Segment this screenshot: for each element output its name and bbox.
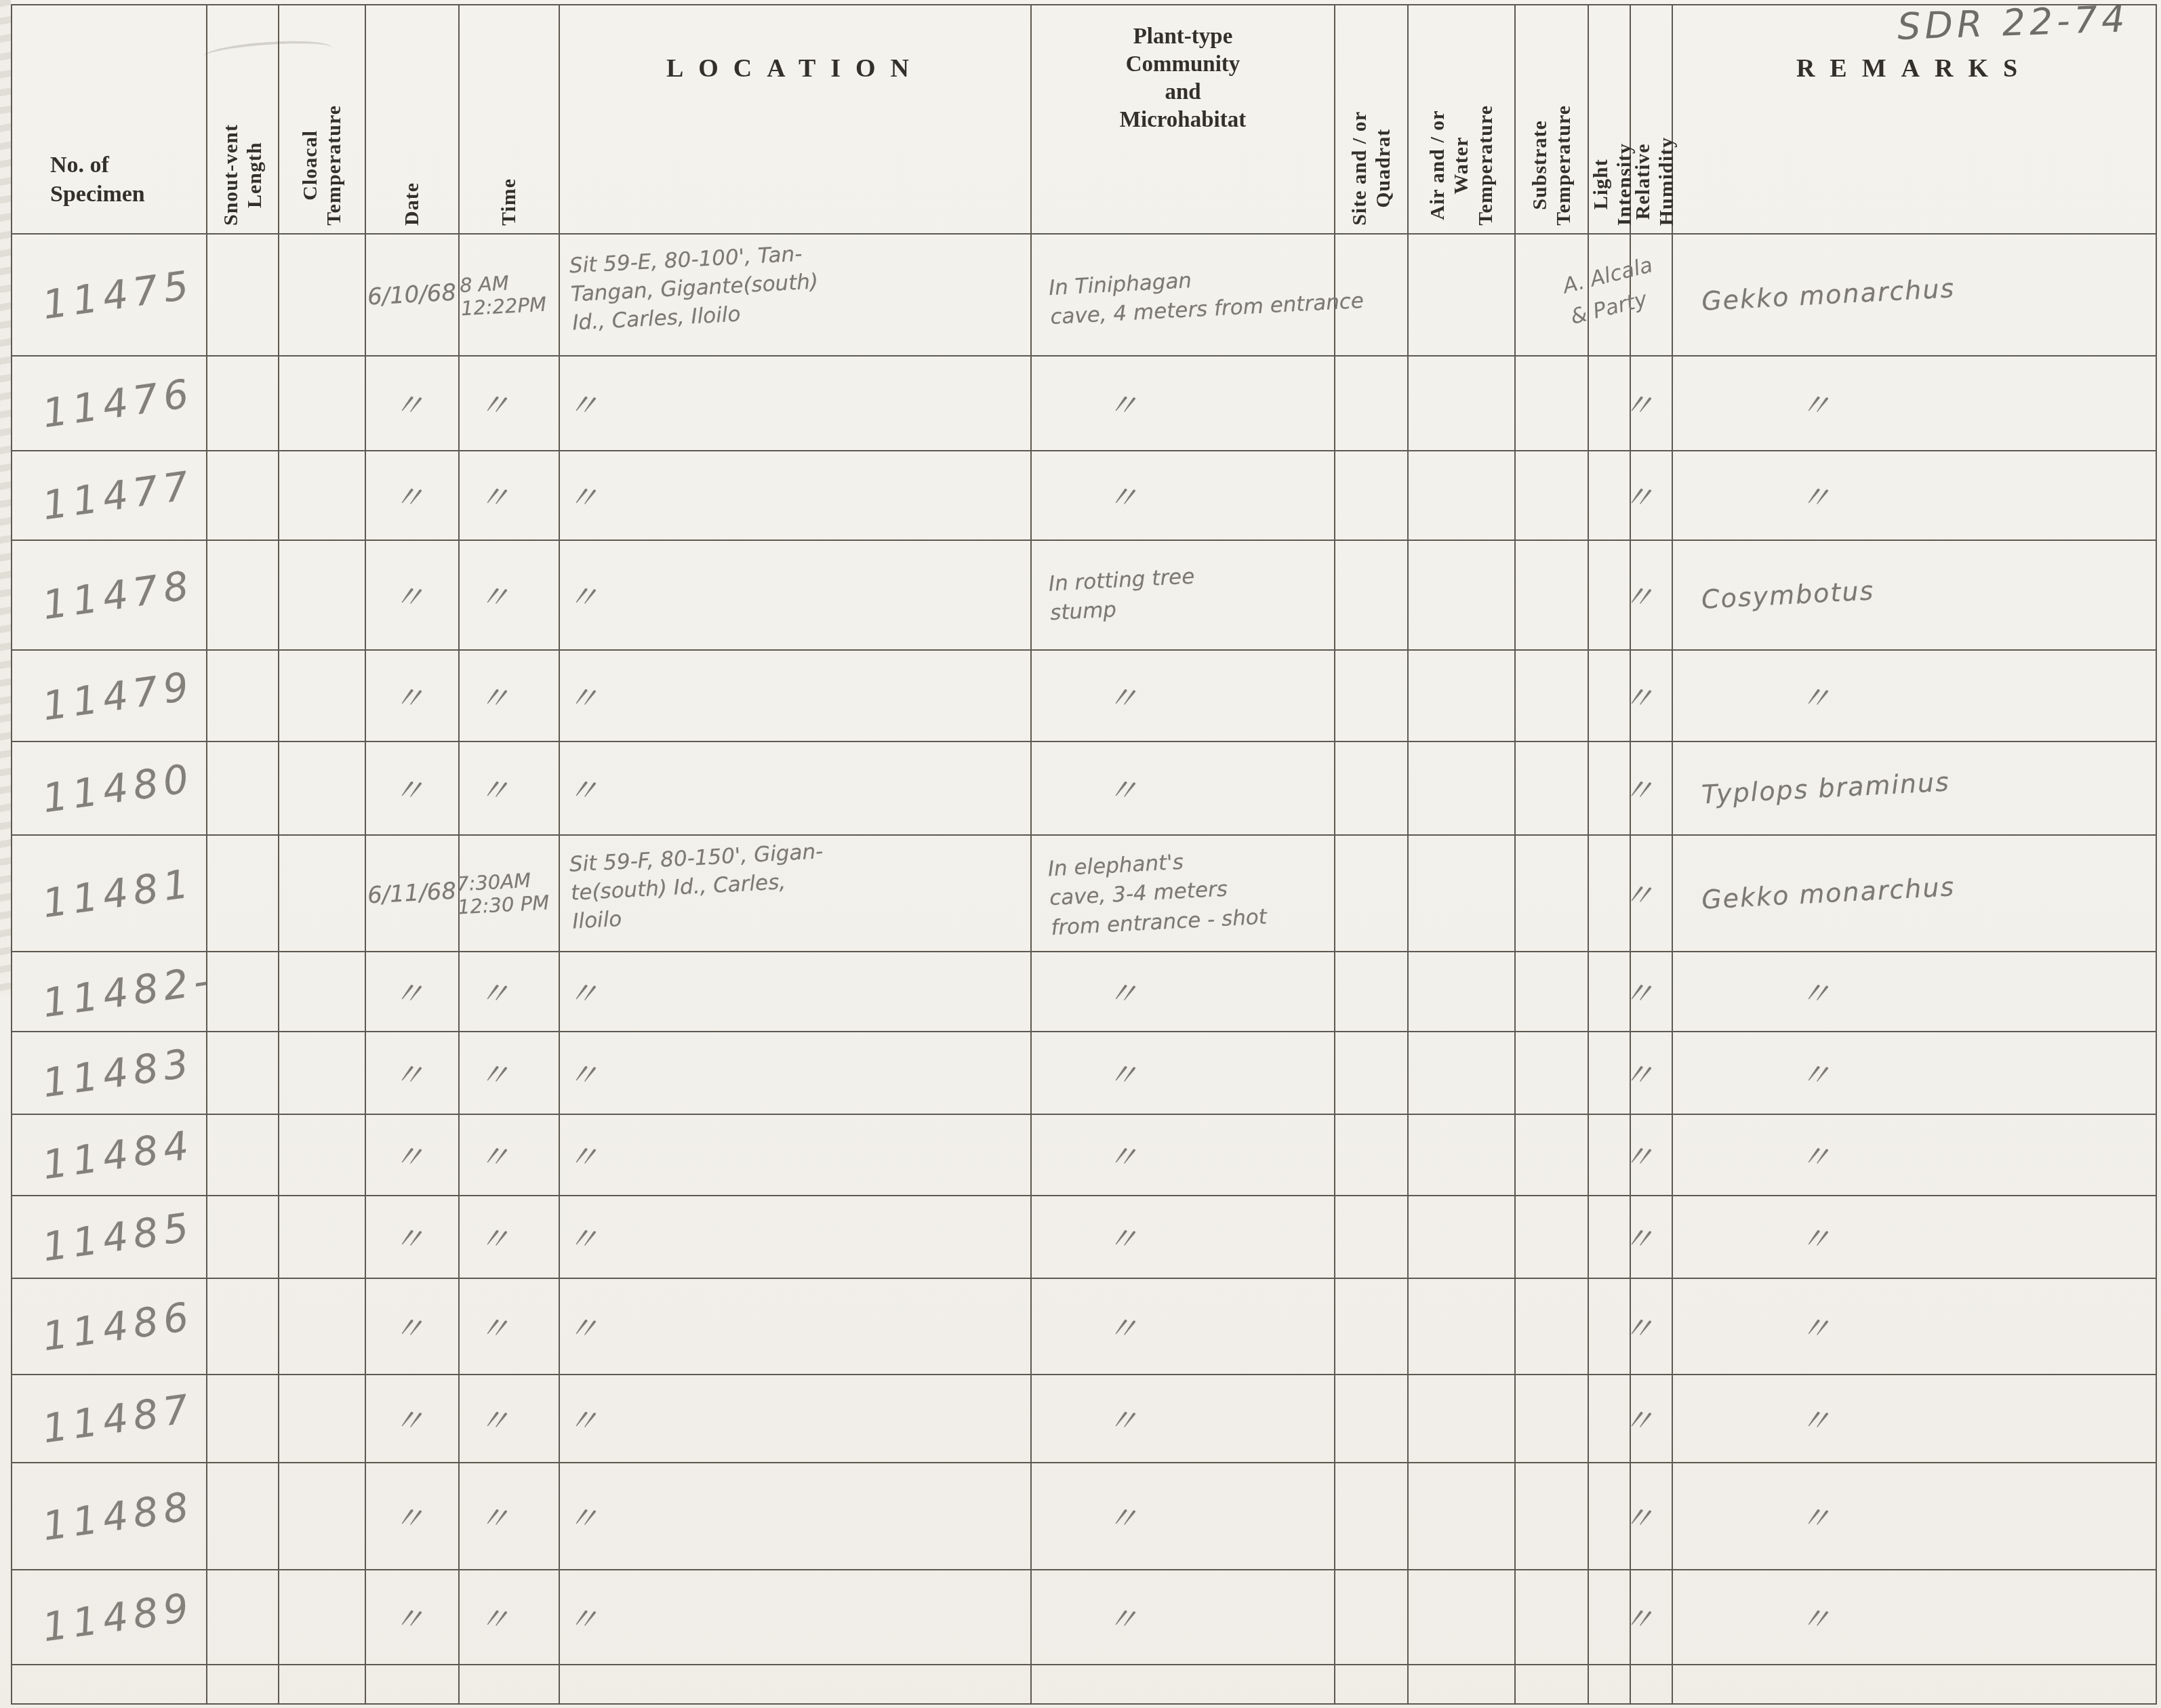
cell-cloacal bbox=[279, 1375, 365, 1463]
cell-date: 〃 bbox=[365, 1570, 459, 1665]
cell-site-quadrat bbox=[1335, 1196, 1408, 1278]
cell-specimen: 11475 bbox=[12, 234, 207, 356]
cell-time: 〃 bbox=[459, 1196, 559, 1278]
cell-microhabitat: 〃 bbox=[1031, 451, 1335, 540]
table-row: 11480〃〃〃〃〃Typlops braminus bbox=[12, 741, 2156, 835]
ditto-mark: 〃 bbox=[563, 380, 609, 427]
cell-specimen: 11487 bbox=[12, 1375, 207, 1463]
cell-substrate-temp bbox=[1515, 540, 1588, 650]
cell-light-intensity bbox=[1588, 1665, 1630, 1704]
ditto-mark: 〃 bbox=[389, 472, 435, 519]
cell-date: 〃 bbox=[365, 451, 459, 540]
ditto-mark: 〃 bbox=[1103, 1593, 1149, 1641]
cell-specimen: 11485 bbox=[12, 1196, 207, 1278]
ditto-mark: 〃 bbox=[1103, 968, 1149, 1015]
handwritten-microhabitat: In elephant's cave, 3-4 meters from entr… bbox=[1047, 844, 1268, 943]
cell-light-intensity bbox=[1588, 1570, 1630, 1665]
ditto-mark: 〃 bbox=[474, 1213, 521, 1261]
cell-light-intensity bbox=[1588, 741, 1630, 835]
cell-substrate-temp bbox=[1515, 451, 1588, 540]
torn-paper-edge bbox=[0, 0, 11, 996]
cell-location: 〃 bbox=[559, 356, 1031, 451]
cell-snout-vent bbox=[207, 1114, 279, 1196]
col-header-time: Time bbox=[459, 5, 559, 234]
cell-rel-humidity: 〃 bbox=[1630, 835, 1672, 952]
cell-date bbox=[365, 1665, 459, 1704]
cell-time: 〃 bbox=[459, 1375, 559, 1463]
ditto-mark: 〃 bbox=[563, 571, 609, 619]
cell-air-water-temp bbox=[1408, 1463, 1515, 1570]
cell-light-intensity bbox=[1588, 1114, 1630, 1196]
cell-snout-vent bbox=[207, 356, 279, 451]
cell-light-intensity bbox=[1588, 650, 1630, 741]
cell-microhabitat: 〃 bbox=[1031, 1196, 1335, 1278]
cell-rel-humidity: 〃 bbox=[1630, 1032, 1672, 1114]
ditto-mark: 〃 bbox=[1103, 1049, 1149, 1097]
table-row: 11489〃〃〃〃〃〃 bbox=[12, 1570, 2156, 1665]
cell-light-intensity bbox=[1588, 1278, 1630, 1375]
cell-remarks bbox=[1672, 1665, 2156, 1704]
cell-location: 〃 bbox=[559, 451, 1031, 540]
cell-rel-humidity: 〃 bbox=[1630, 1463, 1672, 1570]
cell-snout-vent bbox=[207, 1665, 279, 1704]
cell-date: 〃 bbox=[365, 356, 459, 451]
cell-remarks: 〃 bbox=[1672, 1278, 2156, 1375]
cell-substrate-temp bbox=[1515, 1570, 1588, 1665]
ditto-mark: 〃 bbox=[389, 765, 435, 812]
ditto-mark: 〃 bbox=[389, 1131, 435, 1179]
cell-cloacal bbox=[279, 1278, 365, 1375]
cell-air-water-temp bbox=[1408, 650, 1515, 741]
cell-date: 〃 bbox=[365, 952, 459, 1032]
cell-substrate-temp bbox=[1515, 356, 1588, 451]
cell-rel-humidity: 〃 bbox=[1630, 1375, 1672, 1463]
cell-date: 〃 bbox=[365, 741, 459, 835]
cell-site-quadrat bbox=[1335, 650, 1408, 741]
cell-substrate-temp bbox=[1515, 650, 1588, 741]
cell-remarks: 〃 bbox=[1672, 1196, 2156, 1278]
handwritten-microhabitat: In rotting tree stump bbox=[1048, 562, 1197, 628]
cell-remarks: 〃 bbox=[1672, 952, 2156, 1032]
ditto-mark: 〃 bbox=[563, 472, 609, 519]
handwritten-specimen: 11482- bbox=[40, 957, 216, 1027]
handwritten-time: 8 AM 12:22PM bbox=[459, 270, 546, 321]
ditto-mark: 〃 bbox=[474, 765, 521, 812]
cell-substrate-temp bbox=[1515, 1278, 1588, 1375]
handwritten-specimen: 11488 bbox=[39, 1483, 197, 1550]
ditto-mark: 〃 bbox=[389, 1492, 435, 1540]
cell-air-water-temp bbox=[1408, 1375, 1515, 1463]
cell-light-intensity bbox=[1588, 952, 1630, 1032]
cell-remarks: Cosymbotus bbox=[1672, 540, 2156, 650]
cell-light-intensity bbox=[1588, 540, 1630, 650]
table-body: 114756/10/688 AM 12:22PMSit 59-E, 80-100… bbox=[12, 234, 2156, 1704]
handwritten-specimen: 11476 bbox=[39, 370, 197, 437]
cell-time: 〃 bbox=[459, 356, 559, 451]
cell-date: 〃 bbox=[365, 1196, 459, 1278]
cell-cloacal bbox=[279, 1463, 365, 1570]
cell-light-intensity: A. Alcala & Party bbox=[1588, 234, 1630, 356]
cell-cloacal bbox=[279, 356, 365, 451]
cell-time: 〃 bbox=[459, 451, 559, 540]
cell-rel-humidity: 〃 bbox=[1630, 1114, 1672, 1196]
cell-microhabitat: 〃 bbox=[1031, 650, 1335, 741]
col-header-relative-humidity: Relative Humidity bbox=[1630, 5, 1672, 234]
handwritten-remarks: Typlops braminus bbox=[1701, 767, 1951, 809]
cell-microhabitat: In elephant's cave, 3-4 meters from entr… bbox=[1031, 835, 1335, 952]
cell-specimen: 11489 bbox=[12, 1570, 207, 1665]
cell-light-intensity bbox=[1588, 1463, 1630, 1570]
ditto-mark: 〃 bbox=[474, 1303, 521, 1350]
ditto-mark: 〃 bbox=[389, 571, 435, 619]
cell-air-water-temp bbox=[1408, 1114, 1515, 1196]
ditto-mark: 〃 bbox=[1796, 1593, 1842, 1641]
cell-snout-vent bbox=[207, 1375, 279, 1463]
cell-cloacal bbox=[279, 835, 365, 952]
cell-snout-vent bbox=[207, 650, 279, 741]
ditto-mark: 〃 bbox=[563, 1213, 609, 1261]
cell-site-quadrat bbox=[1335, 1570, 1408, 1665]
cell-date: 〃 bbox=[365, 650, 459, 741]
cell-location bbox=[559, 1665, 1031, 1704]
table-row: 11485〃〃〃〃〃〃 bbox=[12, 1196, 2156, 1278]
table-row: 11478〃〃〃In rotting tree stump〃Cosymbotus bbox=[12, 540, 2156, 650]
specimen-data-table: No. of Specimen Snout-vent Length Cloaca… bbox=[11, 4, 2157, 1705]
table-row: 11484〃〃〃〃〃〃 bbox=[12, 1114, 2156, 1196]
ditto-mark: 〃 bbox=[563, 765, 609, 812]
cell-cloacal bbox=[279, 1114, 365, 1196]
cell-substrate-temp bbox=[1515, 1665, 1588, 1704]
cell-microhabitat: 〃 bbox=[1031, 1570, 1335, 1665]
cell-snout-vent bbox=[207, 1196, 279, 1278]
cell-specimen: 11480 bbox=[12, 741, 207, 835]
cell-site-quadrat bbox=[1335, 1375, 1408, 1463]
cell-cloacal bbox=[279, 234, 365, 356]
ditto-mark: 〃 bbox=[389, 672, 435, 719]
cell-air-water-temp bbox=[1408, 1665, 1515, 1704]
cell-light-intensity bbox=[1588, 356, 1630, 451]
cell-site-quadrat bbox=[1335, 952, 1408, 1032]
ditto-mark: 〃 bbox=[1103, 1131, 1149, 1179]
ditto-mark: 〃 bbox=[474, 672, 521, 719]
ditto-mark: 〃 bbox=[389, 1303, 435, 1350]
ditto-mark: 〃 bbox=[1796, 968, 1842, 1015]
cell-remarks: 〃 bbox=[1672, 1114, 2156, 1196]
cell-location: 〃 bbox=[559, 1196, 1031, 1278]
cell-snout-vent bbox=[207, 451, 279, 540]
handwritten-specimen: 11477 bbox=[39, 462, 197, 529]
ditto-mark: 〃 bbox=[563, 1049, 609, 1097]
cell-air-water-temp bbox=[1408, 540, 1515, 650]
ditto-mark: 〃 bbox=[563, 1593, 609, 1641]
cell-cloacal bbox=[279, 1196, 365, 1278]
cell-location: 〃 bbox=[559, 540, 1031, 650]
cell-microhabitat bbox=[1031, 1665, 1335, 1704]
cell-location: 〃 bbox=[559, 741, 1031, 835]
cell-cloacal bbox=[279, 1665, 365, 1704]
cell-time: 〃 bbox=[459, 1114, 559, 1196]
handwritten-remarks: Gekko monarchus bbox=[1701, 273, 1956, 317]
ditto-mark: 〃 bbox=[1796, 380, 1842, 427]
cell-rel-humidity: 〃 bbox=[1630, 650, 1672, 741]
ditto-mark: 〃 bbox=[474, 1131, 521, 1179]
cell-site-quadrat bbox=[1335, 1114, 1408, 1196]
cell-air-water-temp bbox=[1408, 1032, 1515, 1114]
ditto-mark: 〃 bbox=[1796, 472, 1842, 519]
ditto-mark: 〃 bbox=[1796, 672, 1842, 719]
cell-specimen: 11488 bbox=[12, 1463, 207, 1570]
col-header-remarks: REMARKS bbox=[1672, 5, 2156, 234]
handwritten-specimen: 11487 bbox=[39, 1385, 197, 1452]
cell-location: 〃 bbox=[559, 650, 1031, 741]
cell-microhabitat: 〃 bbox=[1031, 1278, 1335, 1375]
cell-rel-humidity: 〃 bbox=[1630, 451, 1672, 540]
ditto-mark: 〃 bbox=[563, 1395, 609, 1442]
col-header-air-water-temperature: Air and / or Water Temperature bbox=[1408, 5, 1515, 234]
ditto-mark: 〃 bbox=[563, 1303, 609, 1350]
cell-microhabitat: 〃 bbox=[1031, 1032, 1335, 1114]
cell-remarks: 〃 bbox=[1672, 1375, 2156, 1463]
cell-site-quadrat bbox=[1335, 1463, 1408, 1570]
handwritten-specimen: 11480 bbox=[39, 755, 197, 822]
cell-location: 〃 bbox=[559, 1375, 1031, 1463]
cell-location: Sit 59-E, 80-100', Tan- Tangan, Gigante(… bbox=[559, 234, 1031, 356]
cell-air-water-temp bbox=[1408, 1570, 1515, 1665]
ditto-mark: 〃 bbox=[1103, 1303, 1149, 1350]
cell-location: 〃 bbox=[559, 1032, 1031, 1114]
cell-cloacal bbox=[279, 1032, 365, 1114]
ditto-mark: 〃 bbox=[1796, 1213, 1842, 1261]
ditto-mark: 〃 bbox=[474, 968, 521, 1015]
cell-rel-humidity: 〃 bbox=[1630, 540, 1672, 650]
col-header-site-quadrat: Site and / or Quadrat bbox=[1335, 5, 1408, 234]
cell-specimen: 11477 bbox=[12, 451, 207, 540]
cell-site-quadrat bbox=[1335, 1032, 1408, 1114]
cell-cloacal bbox=[279, 741, 365, 835]
cell-time: 8 AM 12:22PM bbox=[459, 234, 559, 356]
cell-light-intensity bbox=[1588, 1375, 1630, 1463]
table-row: 11488〃〃〃〃〃〃 bbox=[12, 1463, 2156, 1570]
col-header-location: LOCATION bbox=[559, 5, 1031, 234]
cell-date: 〃 bbox=[365, 540, 459, 650]
cell-microhabitat: 〃 bbox=[1031, 356, 1335, 451]
cell-remarks: 〃 bbox=[1672, 650, 2156, 741]
ditto-mark: 〃 bbox=[1103, 1492, 1149, 1540]
ditto-mark: 〃 bbox=[389, 1049, 435, 1097]
ditto-mark: 〃 bbox=[1796, 1131, 1842, 1179]
cell-specimen bbox=[12, 1665, 207, 1704]
cell-microhabitat: In rotting tree stump bbox=[1031, 540, 1335, 650]
cell-cloacal bbox=[279, 1570, 365, 1665]
cell-location: 〃 bbox=[559, 1114, 1031, 1196]
cell-snout-vent bbox=[207, 1463, 279, 1570]
ditto-mark: 〃 bbox=[563, 968, 609, 1015]
cell-specimen: 11481 bbox=[12, 835, 207, 952]
cell-remarks: Gekko monarchus bbox=[1672, 234, 2156, 356]
handwritten-location: Sit 59-E, 80-100', Tan- Tangan, Gigante(… bbox=[569, 240, 820, 338]
ditto-mark: 〃 bbox=[389, 1395, 435, 1442]
ditto-mark: 〃 bbox=[1796, 1303, 1842, 1350]
table-row: 11476〃〃〃〃〃〃 bbox=[12, 356, 2156, 451]
cell-cloacal bbox=[279, 451, 365, 540]
cell-substrate-temp bbox=[1515, 1114, 1588, 1196]
cell-substrate-temp bbox=[1515, 1463, 1588, 1570]
cell-location: 〃 bbox=[559, 1278, 1031, 1375]
cell-rel-humidity: 〃 bbox=[1630, 1570, 1672, 1665]
cell-snout-vent bbox=[207, 741, 279, 835]
cell-microhabitat: 〃 bbox=[1031, 1375, 1335, 1463]
ditto-mark: 〃 bbox=[474, 380, 521, 427]
ditto-mark: 〃 bbox=[1103, 1395, 1149, 1442]
table-row: 11482-〃〃〃〃〃〃 bbox=[12, 952, 2156, 1032]
cell-time: 〃 bbox=[459, 1463, 559, 1570]
cell-site-quadrat bbox=[1335, 835, 1408, 952]
handwritten-specimen: 11478 bbox=[39, 562, 197, 629]
cell-remarks: 〃 bbox=[1672, 451, 2156, 540]
cell-cloacal bbox=[279, 650, 365, 741]
cell-time: 〃 bbox=[459, 1032, 559, 1114]
ditto-mark: 〃 bbox=[389, 968, 435, 1015]
cell-remarks: Gekko monarchus bbox=[1672, 835, 2156, 952]
cell-site-quadrat bbox=[1335, 1665, 1408, 1704]
cell-light-intensity bbox=[1588, 1196, 1630, 1278]
cell-time: 〃 bbox=[459, 1278, 559, 1375]
cell-time bbox=[459, 1665, 559, 1704]
ditto-mark: 〃 bbox=[1103, 1213, 1149, 1261]
cell-air-water-temp bbox=[1408, 741, 1515, 835]
cell-location: 〃 bbox=[559, 1463, 1031, 1570]
ditto-mark: 〃 bbox=[1796, 1049, 1842, 1097]
cell-air-water-temp bbox=[1408, 835, 1515, 952]
cell-microhabitat: 〃 bbox=[1031, 952, 1335, 1032]
cell-snout-vent bbox=[207, 1032, 279, 1114]
table-row: 11483〃〃〃〃〃〃 bbox=[12, 1032, 2156, 1114]
ditto-mark: 〃 bbox=[474, 1593, 521, 1641]
cell-light-intensity bbox=[1588, 835, 1630, 952]
handwritten-specimen: 11489 bbox=[39, 1584, 197, 1651]
cell-site-quadrat bbox=[1335, 741, 1408, 835]
table-row: 11487〃〃〃〃〃〃 bbox=[12, 1375, 2156, 1463]
cell-substrate-temp bbox=[1515, 952, 1588, 1032]
ditto-mark: 〃 bbox=[474, 1049, 521, 1097]
cell-time: 7:30AM 12:30 PM bbox=[459, 835, 559, 952]
col-header-cloacal-temperature: Cloacal Temperature bbox=[279, 5, 365, 234]
cell-location: 〃 bbox=[559, 952, 1031, 1032]
cell-remarks: 〃 bbox=[1672, 1570, 2156, 1665]
cell-rel-humidity: 〃 bbox=[1630, 1278, 1672, 1375]
cell-specimen: 11484 bbox=[12, 1114, 207, 1196]
cell-remarks: 〃 bbox=[1672, 356, 2156, 451]
ditto-mark: 〃 bbox=[1796, 1395, 1842, 1442]
cell-substrate-temp bbox=[1515, 1196, 1588, 1278]
ditto-mark: 〃 bbox=[389, 1593, 435, 1641]
cell-air-water-temp bbox=[1408, 451, 1515, 540]
cell-air-water-temp bbox=[1408, 1278, 1515, 1375]
col-header-substrate-temperature: Substrate Temperature bbox=[1515, 5, 1588, 234]
ditto-mark: 〃 bbox=[1796, 1492, 1842, 1540]
cell-air-water-temp bbox=[1408, 1196, 1515, 1278]
cell-microhabitat: 〃 bbox=[1031, 1463, 1335, 1570]
handwritten-location: Sit 59-F, 80-150', Gigan- te(south) Id.,… bbox=[569, 838, 827, 937]
cell-snout-vent bbox=[207, 1278, 279, 1375]
cell-substrate-temp bbox=[1515, 1375, 1588, 1463]
cell-date: 〃 bbox=[365, 1278, 459, 1375]
cell-specimen: 11479 bbox=[12, 650, 207, 741]
table-row: 114756/10/688 AM 12:22PMSit 59-E, 80-100… bbox=[12, 234, 2156, 356]
table-row: 11479〃〃〃〃〃〃 bbox=[12, 650, 2156, 741]
cell-specimen: 11478 bbox=[12, 540, 207, 650]
table-row: 11486〃〃〃〃〃〃 bbox=[12, 1278, 2156, 1375]
cell-cloacal bbox=[279, 952, 365, 1032]
cell-remarks: 〃 bbox=[1672, 1032, 2156, 1114]
ditto-mark: 〃 bbox=[1103, 472, 1149, 519]
ditto-mark: 〃 bbox=[563, 1131, 609, 1179]
cell-rel-humidity: 〃 bbox=[1630, 356, 1672, 451]
scanned-specimen-sheet: SDR 22-74 No. of Specimen Snout-vent Len… bbox=[0, 0, 2161, 1708]
cell-microhabitat: 〃 bbox=[1031, 1114, 1335, 1196]
handwritten-specimen: 11483 bbox=[39, 1040, 197, 1107]
cell-snout-vent bbox=[207, 234, 279, 356]
ditto-mark: 〃 bbox=[1103, 765, 1149, 812]
handwritten-specimen: 11479 bbox=[39, 662, 197, 729]
handwritten-specimen: 11484 bbox=[39, 1122, 197, 1189]
cell-time: 〃 bbox=[459, 650, 559, 741]
handwritten-time: 7:30AM 12:30 PM bbox=[456, 868, 550, 919]
cell-rel-humidity bbox=[1630, 1665, 1672, 1704]
handwritten-remarks: Cosymbotus bbox=[1701, 575, 1875, 614]
handwritten-specimen: 11486 bbox=[39, 1293, 197, 1360]
cell-specimen: 11482- bbox=[12, 952, 207, 1032]
handwritten-date: 6/11/68 bbox=[367, 878, 457, 910]
ditto-mark: 〃 bbox=[474, 1492, 521, 1540]
cell-date: 6/11/68 bbox=[365, 835, 459, 952]
cell-date: 〃 bbox=[365, 1375, 459, 1463]
cell-remarks: 〃 bbox=[1672, 1463, 2156, 1570]
handwritten-specimen: 11475 bbox=[39, 262, 197, 329]
handwritten-date: 6/10/68 bbox=[367, 279, 457, 311]
cell-microhabitat: 〃 bbox=[1031, 741, 1335, 835]
cell-specimen: 11476 bbox=[12, 356, 207, 451]
handwritten-specimen: 11481 bbox=[39, 860, 197, 927]
ditto-mark: 〃 bbox=[563, 672, 609, 719]
cell-substrate-temp bbox=[1515, 835, 1588, 952]
cell-site-quadrat bbox=[1335, 451, 1408, 540]
cell-air-water-temp bbox=[1408, 234, 1515, 356]
cell-specimen: 11486 bbox=[12, 1278, 207, 1375]
cell-rel-humidity: 〃 bbox=[1630, 741, 1672, 835]
cell-microhabitat: In Tiniphagan cave, 4 meters from entran… bbox=[1031, 234, 1335, 356]
cell-time: 〃 bbox=[459, 540, 559, 650]
header-row: No. of Specimen Snout-vent Length Cloaca… bbox=[12, 5, 2156, 234]
cell-rel-humidity: 〃 bbox=[1630, 952, 1672, 1032]
ditto-mark: 〃 bbox=[1103, 380, 1149, 427]
cell-date: 〃 bbox=[365, 1114, 459, 1196]
cell-substrate-temp bbox=[1515, 741, 1588, 835]
cell-time: 〃 bbox=[459, 952, 559, 1032]
cell-site-quadrat bbox=[1335, 1278, 1408, 1375]
handwritten-specimen: 11485 bbox=[39, 1204, 197, 1271]
cell-date: 6/10/68 bbox=[365, 234, 459, 356]
cell-location: 〃 bbox=[559, 1570, 1031, 1665]
cell-site-quadrat bbox=[1335, 540, 1408, 650]
cell-air-water-temp bbox=[1408, 952, 1515, 1032]
col-header-microhabitat: Plant-type Community and Microhabitat bbox=[1031, 5, 1335, 234]
ditto-mark: 〃 bbox=[474, 571, 521, 619]
ditto-mark: 〃 bbox=[474, 1395, 521, 1442]
col-header-snout-vent-length: Snout-vent Length bbox=[207, 5, 279, 234]
ditto-mark: 〃 bbox=[474, 472, 521, 519]
cell-air-water-temp bbox=[1408, 356, 1515, 451]
